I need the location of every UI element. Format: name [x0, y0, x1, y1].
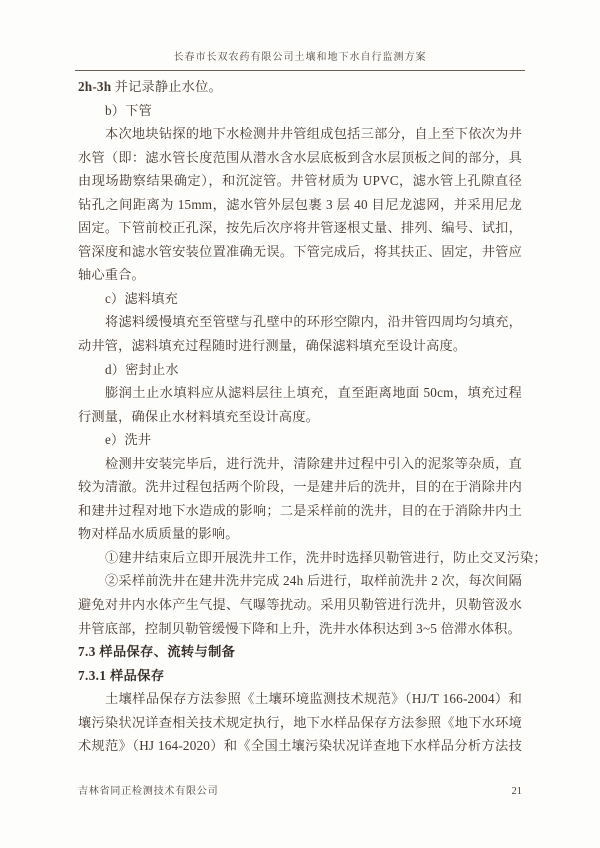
text-run: 本次地块钻探的地下水检测井井管组成包括三部分，自上至下依次为井壁管滤 [105, 126, 522, 146]
text-run: 检测井安装完毕后，进行洗井，清除建井过程中引入的泥浆等杂质，直至出水 [105, 456, 522, 476]
text-line: d）密封止水 [78, 358, 522, 382]
text-line: ①建井结束后立即开展洗井工作，洗井时选择贝勒管进行，防止交叉污染； [78, 546, 522, 570]
page-header: 长春市长双农药有限公司土壤和地下水自行监测方案 [75, 47, 525, 71]
document-page: 长春市长双农药有限公司土壤和地下水自行监测方案 2h-3h 并记录静止水位。b）… [0, 0, 600, 848]
text-run: 7.3 样品保存、流转与制备 [78, 644, 235, 659]
text-run: 壤污染状况详查相关技术规定执行，地下水样品保存方法参照《地下水环境监测技 [78, 715, 522, 735]
text-run: 避免对井内水体产生气提、气曝等扰动。采用贝勒管进行洗井，贝勒管汲水位置为 [78, 597, 522, 617]
text-run: 固定。下管前校正孔深，按先后次序将井管逐根丈量、排列、编号、试扣，确保下 [78, 220, 522, 240]
text-run: 将滤料缓慢填充至管壁与孔壁中的环形空隙内，沿井管四周均匀填充，同时晃 [105, 314, 522, 334]
text-line: 术规范》（HJ 164-2020）和《全国土壤污染状况详查地下水样品分析方法技术… [78, 734, 522, 758]
text-run: 动井管，滤料填充过程随时进行测量，确保滤料填充至设计高度。 [78, 338, 466, 353]
text-line: 动井管，滤料填充过程随时进行测量，确保滤料填充至设计高度。 [78, 334, 522, 358]
text-line: 物对样品水质质量的影响。 [78, 522, 522, 546]
text-line: 本次地块钻探的地下水检测井井管组成包括三部分，自上至下依次为井壁管滤 [78, 122, 522, 146]
text-run: c）滤料填充 [105, 291, 178, 306]
text-line: c）滤料填充 [78, 287, 522, 311]
footer-page-number: 21 [512, 786, 523, 797]
text-line: 和建井过程对地下水造成的影响；二是采样前的洗井，目的在于消除井内土壤颗粒 [78, 499, 522, 523]
text-run: d）密封止水 [105, 362, 179, 377]
text-line: 钻孔之间距离为 15mm，滤水管外层包裹 3 层 40 目尼龙滤网，并采用尼龙扎… [78, 193, 522, 217]
section-heading: 7.3 样品保存、流转与制备 [78, 640, 522, 664]
text-run: 管深度和滤水管安装位置准确无误。下管完成后，将其扶正、固定，井管应与钻孔 [78, 244, 522, 264]
text-run: 轴心重合。 [78, 267, 145, 282]
text-run: 膨润土止水填料应从滤料层往上填充，直至距离地面 50cm，填充过程中应进 [105, 385, 522, 405]
text-run: ②采样前洗井在建井洗井完成 24h 后进行，取样前洗井 2 次，每次间隔 24h… [105, 573, 522, 593]
text-line: 水管（即：滤水管长度范围从潜水含水层底板到含水层顶板之间的部分，具体深度 [78, 146, 522, 170]
text-line: 较为清澈。洗井过程包括两个阶段，一是建井后的洗井，目的在于消除井内因钻探 [78, 475, 522, 499]
page-footer: 吉林省同正检测技术有限公司 21 [78, 782, 522, 797]
text-run: 由现场勘察结果确定），和沉淀管。井管材质为 UPVC，滤水管上孔隙直径为 3.5… [78, 173, 522, 193]
text-line: 膨润土止水填料应从滤料层往上填充，直至距离地面 50cm，填充过程中应进 [78, 381, 522, 405]
text-line: 检测井安装完毕后，进行洗井，清除建井过程中引入的泥浆等杂质，直至出水 [78, 452, 522, 476]
text-run: 7.3.1 样品保存 [78, 668, 164, 683]
text-line: 土壤样品保存方法参照《土壤环境监测技术规范》（HJ/T 166-2004）和全国… [78, 687, 522, 711]
text-line: 2h-3h 并记录静止水位。 [78, 75, 522, 99]
section-heading: 7.3.1 样品保存 [78, 664, 522, 688]
text-line: 行测量，确保止水材料填充至设计高度。 [78, 405, 522, 429]
text-line: ②采样前洗井在建井洗井完成 24h 后进行，取样前洗井 2 次，每次间隔 24h… [78, 569, 522, 593]
text-run: 行测量，确保止水材料填充至设计高度。 [78, 409, 319, 424]
text-line: b）下管 [78, 99, 522, 123]
text-run: 较为清澈。洗井过程包括两个阶段，一是建井后的洗井，目的在于消除井内因钻探 [78, 479, 522, 499]
text-line: 壤污染状况详查相关技术规定执行，地下水样品保存方法参照《地下水环境监测技 [78, 711, 522, 735]
text-line: 固定。下管前校正孔深，按先后次序将井管逐根丈量、排列、编号、试扣，确保下 [78, 216, 522, 240]
text-run: 井管底部，控制贝勒管缓慢下降和上升，洗井水体积达到 3~5 倍滞水体积。 [78, 621, 521, 636]
footer-company: 吉林省同正检测技术有限公司 [78, 782, 218, 797]
text-line: 避免对井内水体产生气提、气曝等扰动。采用贝勒管进行洗井，贝勒管汲水位置为 [78, 593, 522, 617]
text-run: ①建井结束后立即开展洗井工作，洗井时选择贝勒管进行，防止交叉污染； [105, 550, 547, 565]
text-run: 水管（即：滤水管长度范围从潜水含水层底板到含水层顶板之间的部分，具体深度 [78, 150, 522, 170]
text-line: 由现场勘察结果确定），和沉淀管。井管材质为 UPVC，滤水管上孔隙直径为 3.5… [78, 169, 522, 193]
text-run: 和建井过程对地下水造成的影响；二是采样前的洗井，目的在于消除井内土壤颗粒 [78, 503, 522, 523]
text-run: 2h-3h [78, 79, 115, 94]
text-line: 管深度和滤水管安装位置准确无误。下管完成后，将其扶正、固定，井管应与钻孔 [78, 240, 522, 264]
text-line: 轴心重合。 [78, 263, 522, 287]
text-run: 术规范》（HJ 164-2020）和《全国土壤污染状况详查地下水样品分析方法技术… [78, 738, 522, 758]
header-title: 长春市长双农药有限公司土壤和地下水自行监测方案 [174, 52, 427, 63]
text-run: e）洗井 [105, 432, 151, 447]
text-run: 物对样品水质质量的影响。 [78, 526, 239, 541]
text-run: 土壤样品保存方法参照《土壤环境监测技术规范》（HJ/T 166-2004）和全国… [105, 691, 522, 711]
text-line: e）洗井 [78, 428, 522, 452]
text-run: 并记录静止水位。 [115, 79, 222, 94]
text-run: 钻孔之间距离为 15mm，滤水管外层包裹 3 层 40 目尼龙滤网，并采用尼龙扎… [78, 197, 522, 217]
document-body: 2h-3h 并记录静止水位。b）下管本次地块钻探的地下水检测井井管组成包括三部分… [78, 75, 522, 758]
text-line: 将滤料缓慢填充至管壁与孔壁中的环形空隙内，沿井管四周均匀填充，同时晃 [78, 310, 522, 334]
text-run: b）下管 [105, 103, 152, 118]
text-line: 井管底部，控制贝勒管缓慢下降和上升，洗井水体积达到 3~5 倍滞水体积。 [78, 617, 522, 641]
